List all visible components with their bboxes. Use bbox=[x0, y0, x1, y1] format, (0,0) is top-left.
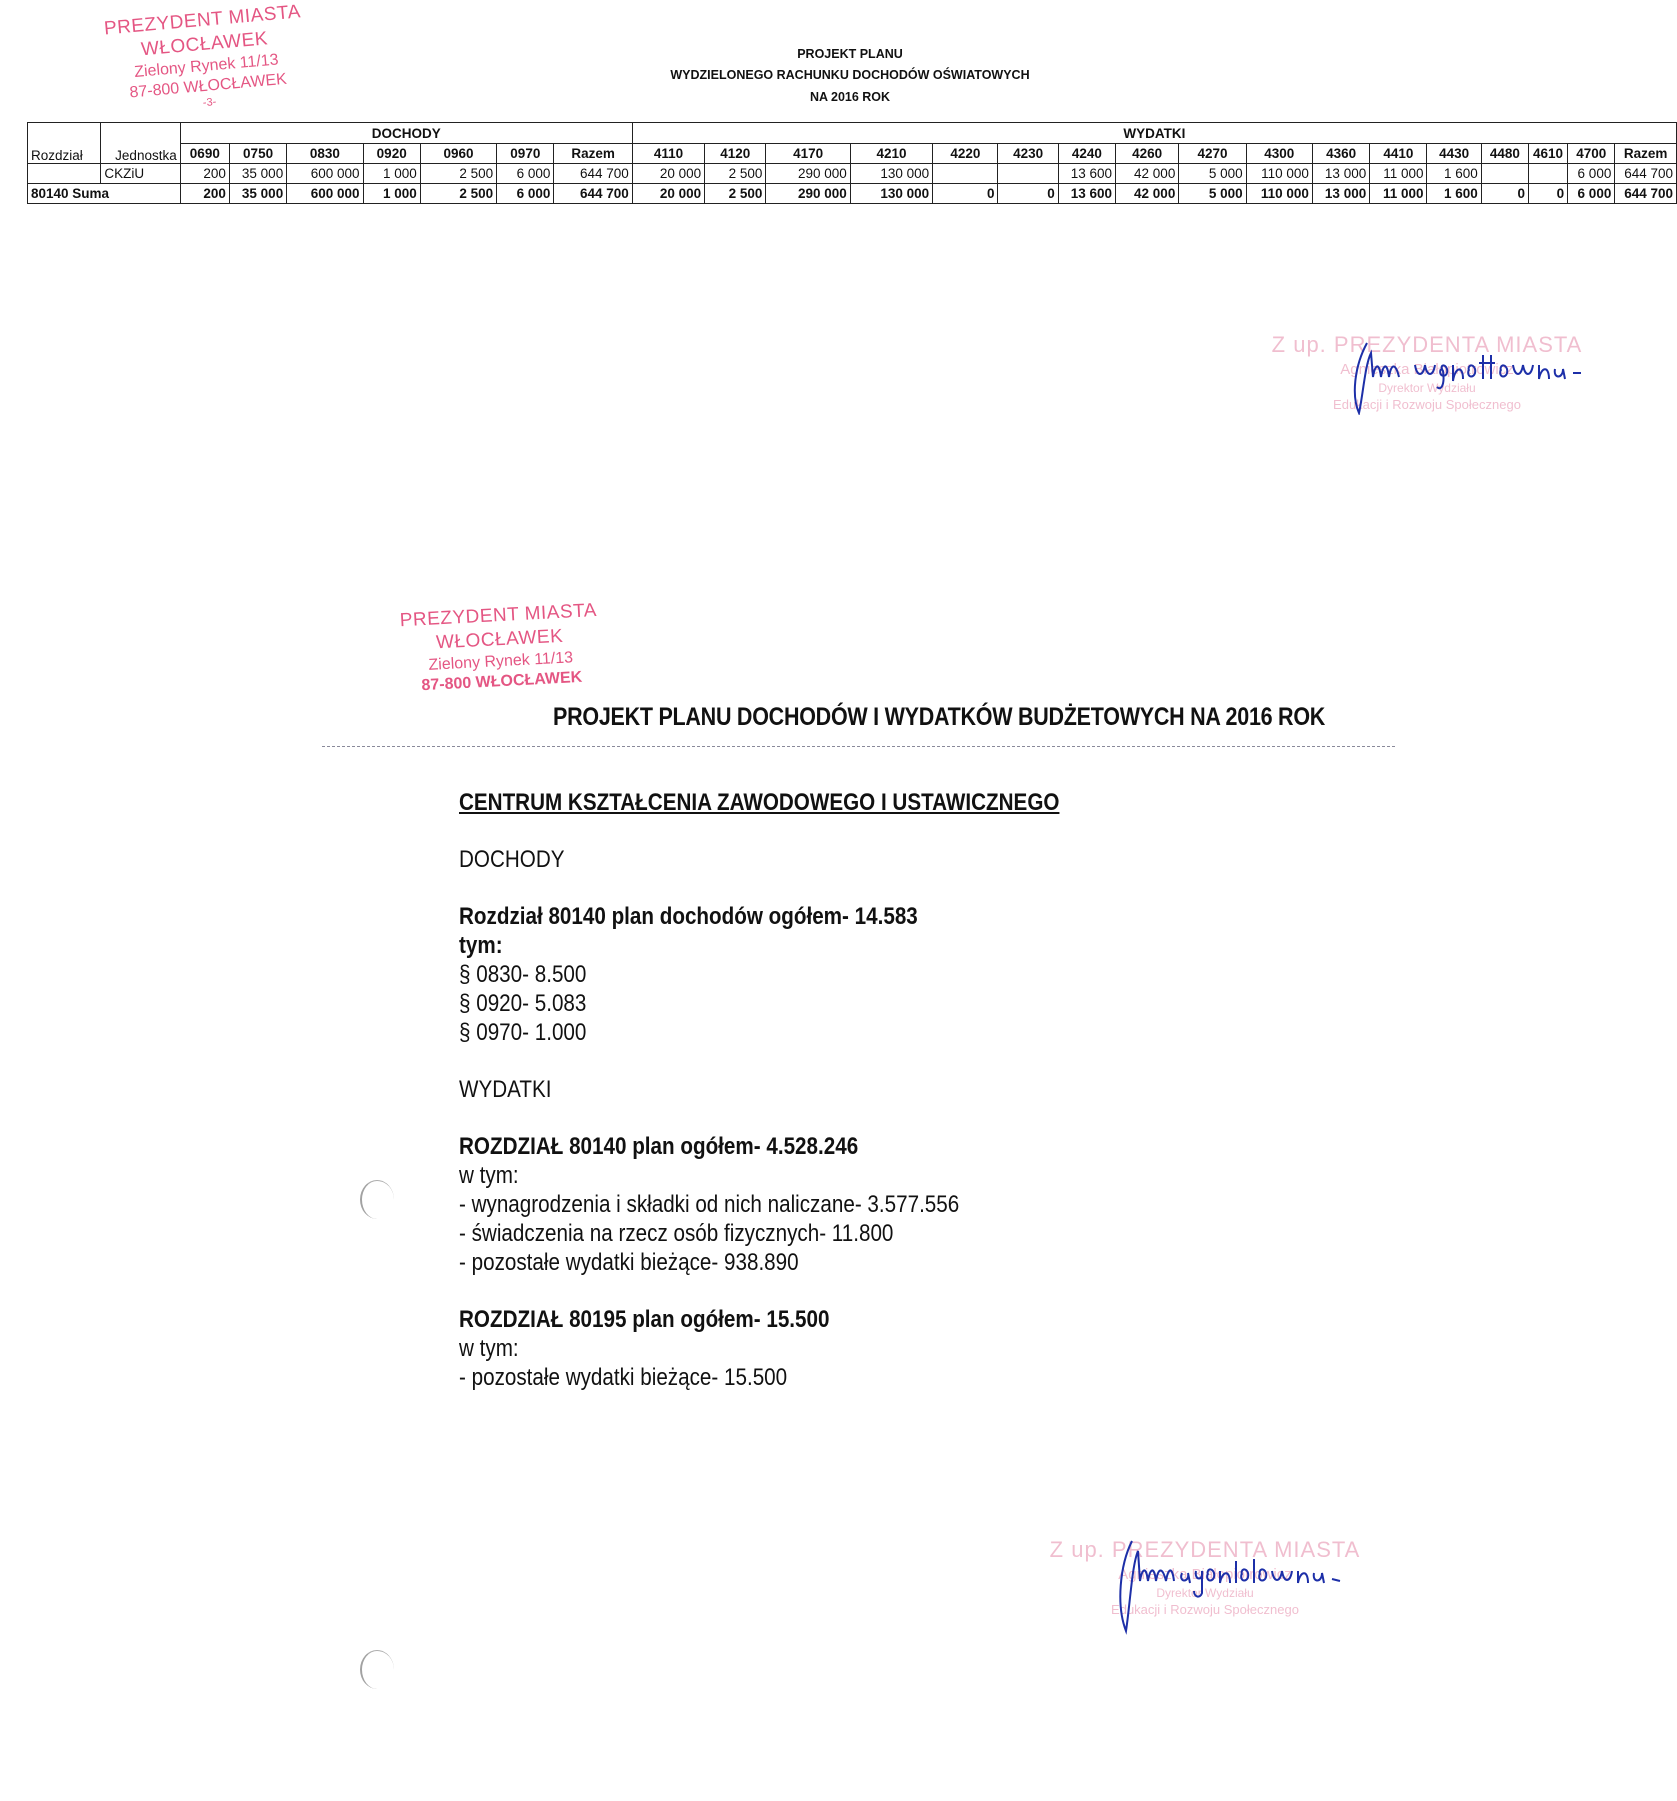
cell-sum-expense: 644 700 bbox=[1615, 184, 1677, 204]
cell-income: 6 000 bbox=[497, 164, 554, 184]
cell-sum-expense: 0 bbox=[1528, 184, 1567, 204]
cell-income: 35 000 bbox=[229, 164, 286, 184]
col-header-income-code: 0960 bbox=[420, 144, 496, 164]
group-header-dochody: DOCHODY bbox=[180, 123, 632, 144]
col-header-rozdzial: Rozdział bbox=[28, 123, 101, 164]
cell-sum-income: 200 bbox=[180, 184, 229, 204]
col-header-expense-code: 4230 bbox=[998, 144, 1058, 164]
cell-expense: 42 000 bbox=[1116, 164, 1179, 184]
cell-sum-expense: 130 000 bbox=[850, 184, 932, 204]
col-header-expense-code: 4220 bbox=[933, 144, 998, 164]
expense-section-tym: w tym: bbox=[459, 1334, 1233, 1363]
cell-income: 200 bbox=[180, 164, 229, 184]
cell-expense: 2 500 bbox=[705, 164, 766, 184]
cell-jednostka: CKZiU bbox=[101, 164, 180, 184]
cell-sum-expense: 20 000 bbox=[632, 184, 704, 204]
cell-sum-income: 600 000 bbox=[287, 184, 363, 204]
cell-expense bbox=[933, 164, 998, 184]
code-header-row: 069007500830092009600970Razem41104120417… bbox=[28, 144, 1677, 164]
cell-sum-expense: 11 000 bbox=[1370, 184, 1427, 204]
col-header-expense-code: 4360 bbox=[1312, 144, 1369, 164]
cell-sum-income: 644 700 bbox=[554, 184, 632, 204]
handwritten-signature-icon bbox=[1112, 1535, 1372, 1635]
cell-expense bbox=[1481, 164, 1528, 184]
cell-sum-expense: 13 000 bbox=[1312, 184, 1369, 204]
income-summary: Rozdział 80140 plan dochodów ogółem- 14.… bbox=[459, 902, 1233, 931]
city-president-stamp: PREZYDENT MIASTA WŁOCŁAWEK Zielony Rynek… bbox=[52, 0, 360, 123]
cell-expense: 1 600 bbox=[1427, 164, 1481, 184]
budget-plan-title: PROJEKT PLANU DOCHODÓW I WYDATKÓW BUDŻET… bbox=[553, 703, 1325, 732]
expense-section-summary: ROZDZIAŁ 80195 plan ogółem- 15.500 bbox=[459, 1305, 1233, 1334]
cell-expense bbox=[998, 164, 1058, 184]
col-header-expense-code: 4480 bbox=[1481, 144, 1528, 164]
cell-income: 1 000 bbox=[363, 164, 420, 184]
cell-sum-expense: 1 600 bbox=[1427, 184, 1481, 204]
col-header-expense-code: Razem bbox=[1615, 144, 1677, 164]
cell-sum-income: 2 500 bbox=[420, 184, 496, 204]
cell-sum-income: 35 000 bbox=[229, 184, 286, 204]
col-header-expense-code: 4700 bbox=[1568, 144, 1615, 164]
col-header-expense-code: 4270 bbox=[1179, 144, 1246, 164]
page-title: PROJEKT PLANU WYDZIELONEGO RACHUNKU DOCH… bbox=[600, 44, 1100, 108]
col-header-income-code: 0690 bbox=[180, 144, 229, 164]
cell-expense: 11 000 bbox=[1370, 164, 1427, 184]
income-item: § 0920- 5.083 bbox=[459, 989, 1233, 1018]
cell-sum-expense: 290 000 bbox=[766, 184, 850, 204]
title-line-3: NA 2016 ROK bbox=[600, 87, 1100, 108]
col-header-income-code: 0920 bbox=[363, 144, 420, 164]
col-header-expense-code: 4260 bbox=[1116, 144, 1179, 164]
col-header-expense-code: 4300 bbox=[1246, 144, 1312, 164]
city-president-stamp-page-2: PREZYDENT MIASTA WŁOCŁAWEK Zielony Rynek… bbox=[348, 596, 652, 699]
cell-expense: 5 000 bbox=[1179, 164, 1246, 184]
col-header-expense-code: 4410 bbox=[1370, 144, 1427, 164]
cell-expense: 6 000 bbox=[1568, 164, 1615, 184]
title-divider bbox=[322, 746, 1395, 747]
expenses-heading: WYDATKI bbox=[459, 1075, 1233, 1104]
col-header-expense-code: 4210 bbox=[850, 144, 932, 164]
cell-sum-expense: 0 bbox=[933, 184, 998, 204]
budget-plan-body: CENTRUM KSZTAŁCENIA ZAWODOWEGO I USTAWIC… bbox=[459, 788, 1233, 1392]
income-heading: DOCHODY bbox=[459, 845, 1233, 874]
cell-expense: 130 000 bbox=[850, 164, 932, 184]
income-item: § 0970- 1.000 bbox=[459, 1018, 1233, 1047]
col-header-expense-code: 4610 bbox=[1528, 144, 1567, 164]
cell-sum-income: 6 000 bbox=[497, 184, 554, 204]
cell-income: 600 000 bbox=[287, 164, 363, 184]
cell-sum-expense: 42 000 bbox=[1116, 184, 1179, 204]
expense-item: - wynagrodzenia i składki od nich nalicz… bbox=[459, 1190, 1233, 1219]
col-header-expense-code: 4430 bbox=[1427, 144, 1481, 164]
cell-expense: 13 000 bbox=[1312, 164, 1369, 184]
table-sum-row: 80140 Suma20035 000600 0001 0002 5006 00… bbox=[28, 184, 1677, 204]
cell-rozdzial bbox=[28, 164, 101, 184]
cell-sum-income: 1 000 bbox=[363, 184, 420, 204]
cell-expense: 110 000 bbox=[1246, 164, 1312, 184]
group-header-wydatki: WYDATKI bbox=[632, 123, 1676, 144]
budget-table: Rozdział Jednostka DOCHODY WYDATKI 06900… bbox=[27, 122, 1677, 204]
cell-sum-expense: 6 000 bbox=[1568, 184, 1615, 204]
col-header-expense-code: 4170 bbox=[766, 144, 850, 164]
expense-section-summary: ROZDZIAŁ 80140 plan ogółem- 4.528.246 bbox=[459, 1132, 1233, 1161]
cell-sum-expense: 2 500 bbox=[705, 184, 766, 204]
table-row: CKZiU20035 000600 0001 0002 5006 000644 … bbox=[28, 164, 1677, 184]
col-header-expense-code: 4240 bbox=[1058, 144, 1115, 164]
income-tym: tym: bbox=[459, 931, 1233, 960]
expense-section-tym: w tym: bbox=[459, 1161, 1233, 1190]
cell-expense: 20 000 bbox=[632, 164, 704, 184]
expense-item: - pozostałe wydatki bieżące- 15.500 bbox=[459, 1363, 1233, 1392]
col-header-income-code: 0970 bbox=[497, 144, 554, 164]
cell-sum-expense: 110 000 bbox=[1246, 184, 1312, 204]
cell-sum-label: 80140 Suma bbox=[28, 184, 181, 204]
cell-sum-expense: 5 000 bbox=[1179, 184, 1246, 204]
income-item: § 0830- 8.500 bbox=[459, 960, 1233, 989]
cell-expense: 13 600 bbox=[1058, 164, 1115, 184]
punch-hole-icon bbox=[360, 1180, 394, 1219]
col-header-income-code: Razem bbox=[554, 144, 632, 164]
cell-expense: 644 700 bbox=[1615, 164, 1677, 184]
cell-expense bbox=[1528, 164, 1567, 184]
expense-item: - pozostałe wydatki bieżące- 938.890 bbox=[459, 1248, 1233, 1277]
cell-expense: 290 000 bbox=[766, 164, 850, 184]
col-header-jednostka: Jednostka bbox=[101, 123, 180, 164]
cell-sum-expense: 0 bbox=[998, 184, 1058, 204]
punch-hole-icon bbox=[360, 1650, 394, 1689]
title-line-1: PROJEKT PLANU bbox=[600, 44, 1100, 65]
handwritten-signature-icon bbox=[1345, 335, 1605, 415]
cell-income: 644 700 bbox=[554, 164, 632, 184]
cell-income: 2 500 bbox=[420, 164, 496, 184]
col-header-expense-code: 4120 bbox=[705, 144, 766, 164]
title-line-2: WYDZIELONEGO RACHUNKU DOCHODÓW OŚWIATOWY… bbox=[600, 65, 1100, 86]
col-header-income-code: 0750 bbox=[229, 144, 286, 164]
institution-name: CENTRUM KSZTAŁCENIA ZAWODOWEGO I USTAWIC… bbox=[459, 788, 1233, 817]
col-header-income-code: 0830 bbox=[287, 144, 363, 164]
cell-sum-expense: 13 600 bbox=[1058, 184, 1115, 204]
cell-sum-expense: 0 bbox=[1481, 184, 1528, 204]
expense-item: - świadczenia na rzecz osób fizycznych- … bbox=[459, 1219, 1233, 1248]
col-header-expense-code: 4110 bbox=[632, 144, 704, 164]
